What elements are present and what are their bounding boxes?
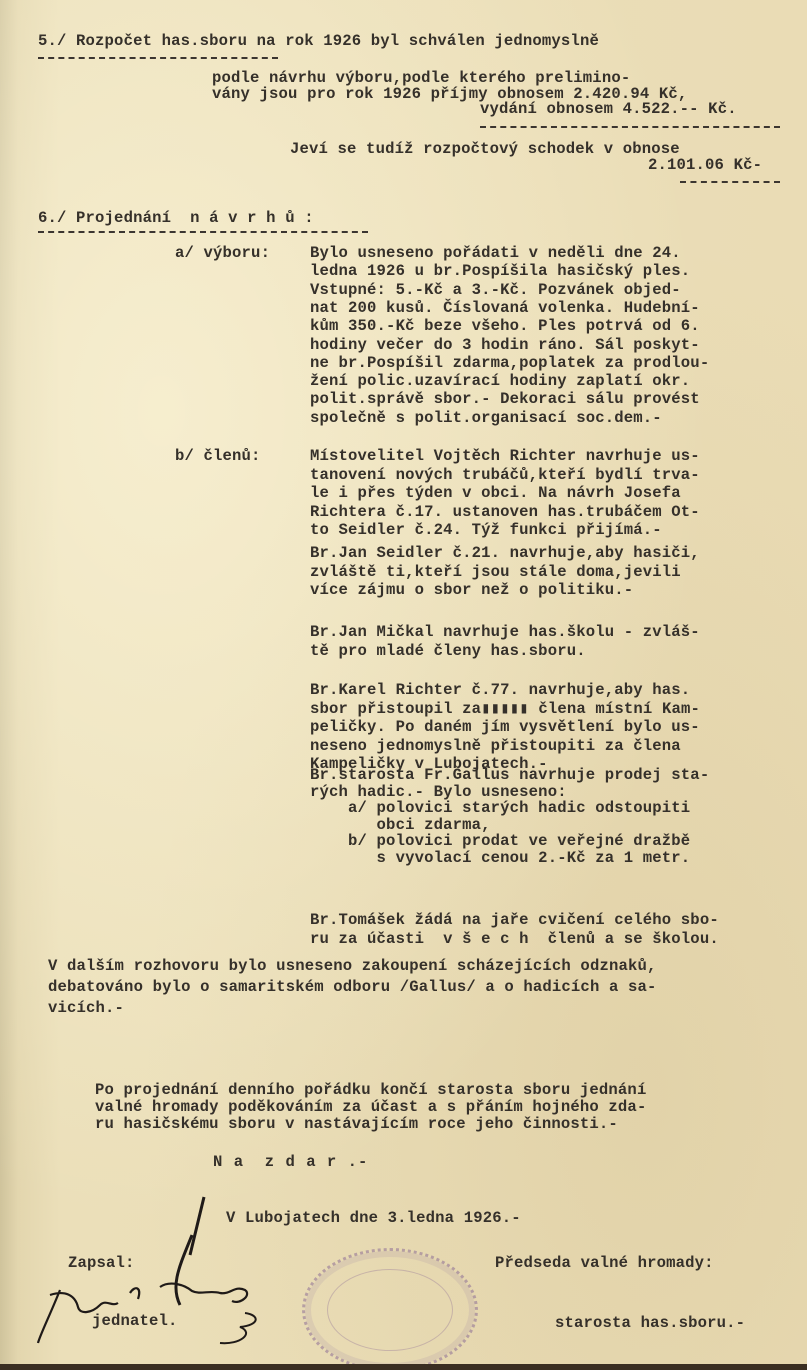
closing-line: ru hasičskému sboru v nastávajícím roce …	[95, 1116, 618, 1133]
section6-a-line: nat 200 kusů. Číslovaná volenka. Hudební…	[310, 300, 700, 317]
section6-b-p6-line: ru za účasti v š e c h členů a se školou…	[310, 931, 719, 948]
section6-b-p6-line: Br.Tomášek žádá na jaře cvičení celého s…	[310, 912, 719, 929]
underline	[38, 57, 278, 59]
further-discussion-line: vicích.-	[48, 1000, 124, 1017]
section6-b-p5-line: Br.starosta Fr.Gallus navrhuje prodej st…	[310, 767, 709, 784]
section6-b-p3-line: tě pro mladé členy has.sboru.	[310, 643, 586, 660]
chair-label: Předseda valné hromady:	[495, 1255, 714, 1272]
section6-a-line: společně s polit.organisací soc.dem.-	[310, 410, 662, 427]
chair-title: starosta has.sboru.-	[555, 1315, 745, 1332]
section5-heading: 5./ Rozpočet has.sboru na rok 1926 byl s…	[38, 33, 599, 50]
section6-b-p5-line: a/ polovici starých hadic odstoupiti	[310, 800, 690, 817]
section6-b-p1-line: to Seidler č.24. Týž funkci přijímá.-	[310, 522, 662, 539]
section6-b-p1-line: tanovení nových trubáčů,kteří bydlí trva…	[310, 467, 700, 484]
further-discussion-line: debatováno bylo o samaritském odboru /Ga…	[48, 979, 657, 996]
section6-b-label: b/ členů:	[175, 448, 261, 465]
section6-b-p5-line: rých hadic.- Bylo usneseno:	[310, 784, 567, 801]
page-edge	[0, 1364, 807, 1370]
further-discussion-line: V dalším rozhovoru bylo usneseno zakoupe…	[48, 958, 657, 975]
salutation: N a z d a r .-	[213, 1154, 368, 1171]
closing-line: Po projednání denního pořádku končí star…	[95, 1082, 646, 1099]
section6-b-p5-line: b/ polovici prodat ve veřejné dražbě	[310, 833, 690, 850]
official-stamp	[302, 1248, 478, 1370]
section6-a-line: ledna 1926 u br.Pospíšila hasičský ples.	[310, 263, 690, 280]
section6-a-line: kům 350.-Kč beze všeho. Ples potrvá od 6…	[310, 318, 700, 335]
section6-b-p2-line: zvláště ti,kteří jsou stále doma,jevili	[310, 564, 681, 581]
section6-b-p1-line: Místovelitel Vojtěch Richter navrhuje us…	[310, 448, 700, 465]
section6-b-p1-line: le i přes týden v obci. Na návrh Josefa	[310, 485, 681, 502]
section6-b-p4-line: Br.Karel Richter č.77. navrhuje,aby has.	[310, 682, 690, 699]
section6-a-line: Bylo usneseno pořádati v neděli dne 24.	[310, 245, 681, 262]
section5-deficit-amount: 2.101.06 Kč-	[648, 157, 762, 174]
section6-a-line: hodiny večer do 3 hodin ráno. Sál poskyt…	[310, 337, 700, 354]
section6-b-p4-line: peličky. Po daném jím vysvětlení bylo us…	[310, 719, 700, 736]
section6-b-p4-line: sbor přistoupil za▮▮▮▮▮ člena místní Kam…	[310, 701, 700, 718]
section6-heading: 6./ Projednání n á v r h ů :	[38, 210, 314, 227]
section6-b-p5-line: s vyvolací cenou 2.-Kč za 1 metr.	[310, 850, 690, 867]
section6-b-p1-line: Richtera č.17. ustanoven has.trubáčem Ot…	[310, 504, 700, 521]
section6-b-p3-line: Br.Jan Mičkal navrhuje has.školu - zvláš…	[310, 624, 700, 641]
underline	[38, 231, 368, 233]
section6-b-p4-line: neseno jednomyslně přistoupiti za člena	[310, 738, 681, 755]
closing-line: valné hromady poděkováním za účast a s p…	[95, 1099, 646, 1116]
section6-a-line: polit.správě sbor.- Dekoraci sálu provés…	[310, 391, 700, 408]
section6-a-line: Vstupné: 5.-Kč a 3.-Kč. Pozvánek objed-	[310, 282, 681, 299]
section6-b-p2-line: Br.Jan Seidler č.21. navrhuje,aby hasiči…	[310, 545, 700, 562]
section6-a-line: žení polic.uzavírací hodiny zaplatí okr.	[310, 373, 690, 390]
section6-b-p2-line: více zájmu o sbor než o politiku.-	[310, 582, 633, 599]
section5-line: vydání obnosem 4.522.-- Kč.	[480, 101, 737, 118]
underline	[480, 126, 780, 128]
underline	[680, 181, 780, 183]
section6-a-line: ne br.Pospíšil zdarma,poplatek za prodlo…	[310, 355, 709, 372]
section6-a-label: a/ výboru:	[175, 245, 270, 262]
section5-deficit: Jeví se tudíž rozpočtový schodek v obnos…	[290, 141, 680, 158]
place-date: V Lubojatech dne 3.ledna 1926.-	[226, 1210, 521, 1227]
section6-b-p5-line: obci zdarma,	[310, 817, 491, 834]
recorder-signature	[20, 1195, 270, 1345]
